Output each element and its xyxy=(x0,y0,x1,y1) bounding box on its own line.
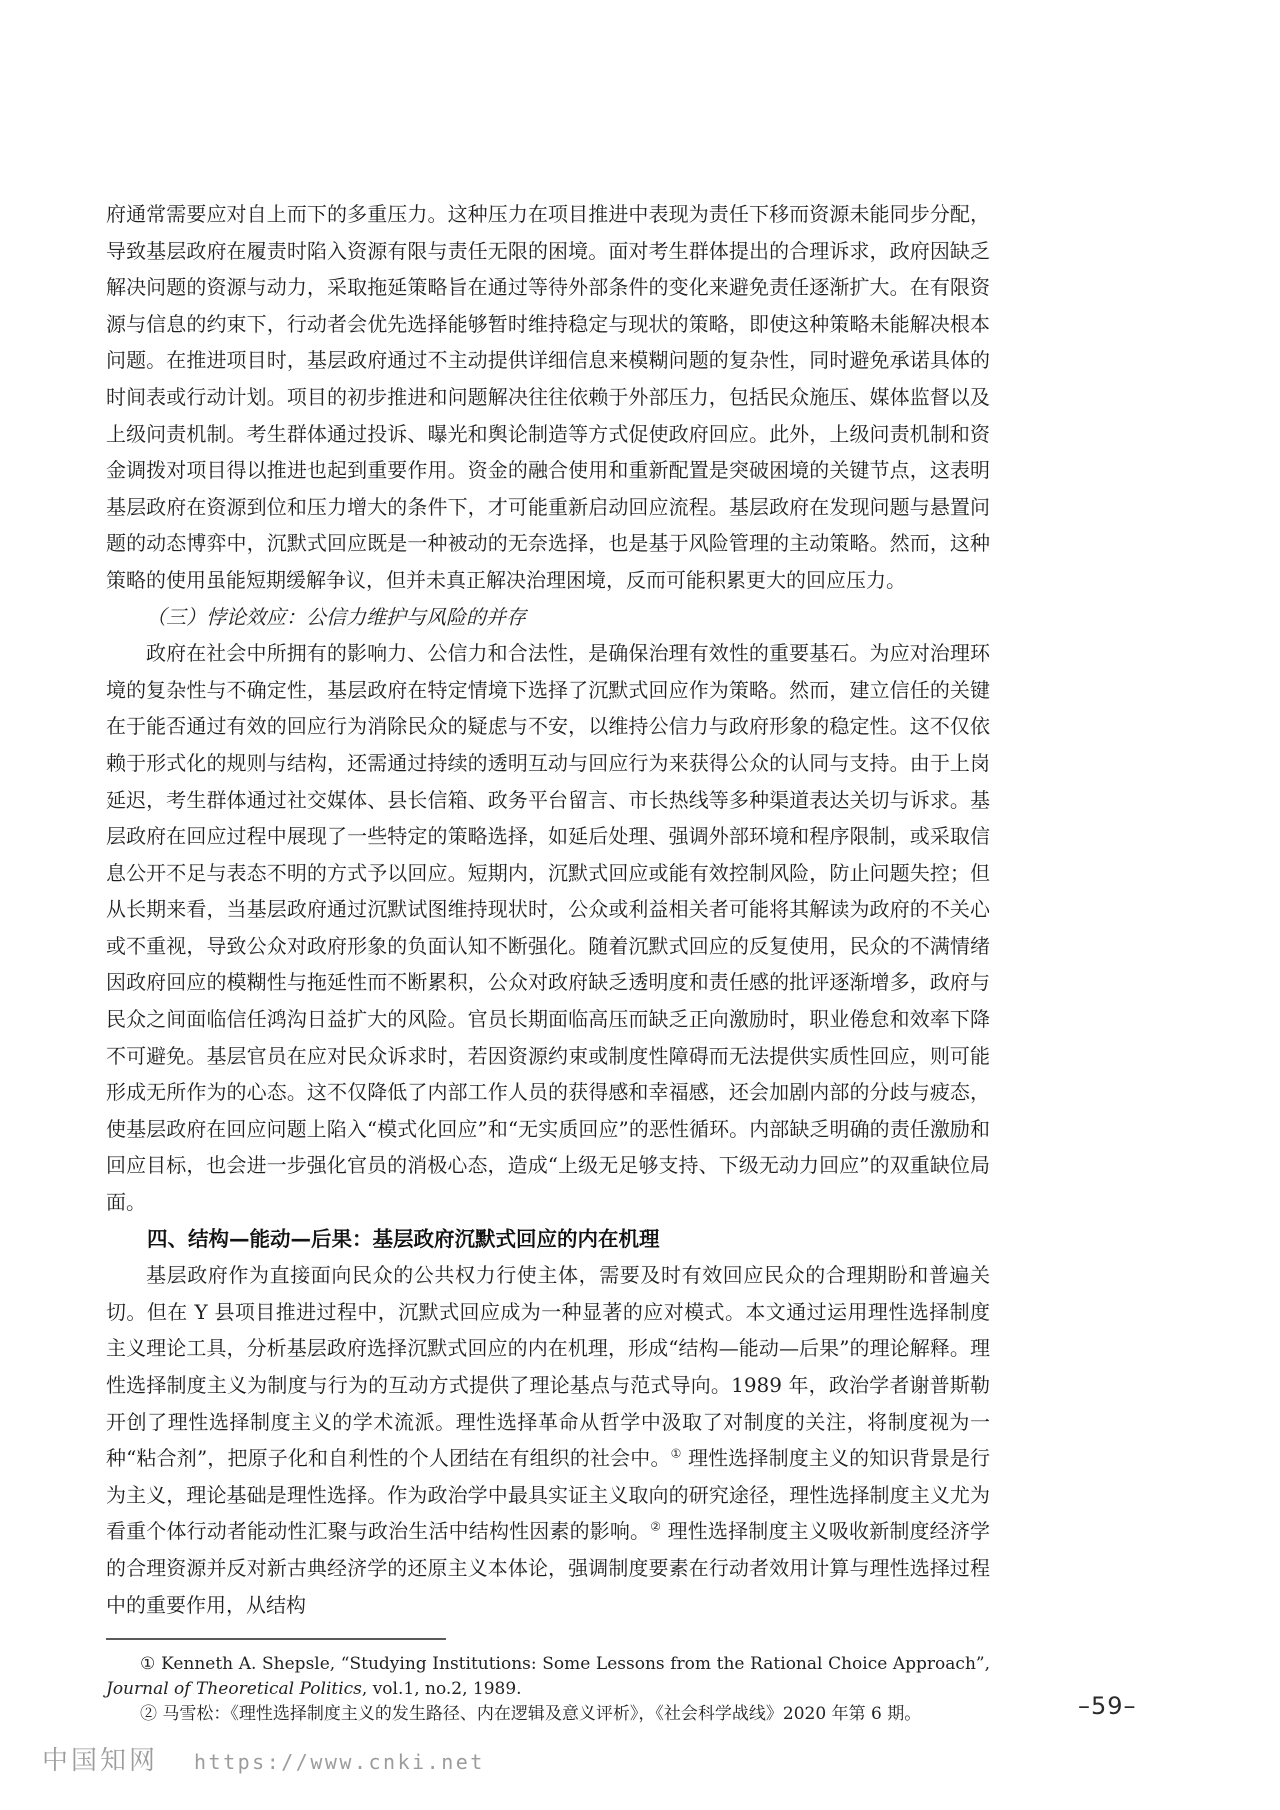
journal-title-italic: Journal of Theoretical Politics xyxy=(106,1679,362,1699)
paragraph-paradox: 政府在社会中所拥有的影响力、公信力和合法性，是确保治理有效性的重要基石。为应对治… xyxy=(106,635,990,1221)
text-run: 基层政府作为直接面向民众的公共权力行使主体，需要及时有效回应民众的合理期盼和普遍… xyxy=(106,1263,990,1470)
cnki-watermark: 中国知网 https://www.cnki.net xyxy=(42,1740,485,1777)
footnotes-block: ① Kenneth A. Shepsle, “Studying Institut… xyxy=(106,1652,990,1727)
paragraph-mechanism: 基层政府作为直接面向民众的公共权力行使主体，需要及时有效回应民众的合理期盼和普遍… xyxy=(106,1257,990,1623)
footnote-separator-rule xyxy=(106,1638,446,1640)
cnki-site-name: 中国知网 xyxy=(42,1740,158,1777)
subsection-heading-paradox: （三）悖论效应：公信力维护与风险的并存 xyxy=(106,599,990,636)
text-run: ② 马雪松：《理性选择制度主义的发生路径、内在逻辑及意义评析》，《社会科学战线》… xyxy=(140,1704,921,1724)
text-run: , vol.1, no.2, 1989. xyxy=(362,1679,522,1699)
footnote-2: ② 马雪松：《理性选择制度主义的发生路径、内在逻辑及意义评析》，《社会科学战线》… xyxy=(106,1702,990,1727)
footnote-ref-marker: ① xyxy=(671,1447,682,1461)
article-body: 府通常需要应对自上而下的多重压力。这种压力在项目推进中表现为责任下移而资源未能同… xyxy=(106,196,990,1727)
document-page: 府通常需要应对自上而下的多重压力。这种压力在项目推进中表现为责任下移而资源未能同… xyxy=(0,0,1280,1810)
footnote-1: ① Kenneth A. Shepsle, “Studying Institut… xyxy=(106,1652,990,1702)
section-heading-mechanism: 四、结构—能动—后果：基层政府沉默式回应的内在机理 xyxy=(106,1221,990,1258)
paragraph-continued: 府通常需要应对自上而下的多重压力。这种压力在项目推进中表现为责任下移而资源未能同… xyxy=(106,196,990,599)
cnki-url-text: https://www.cnki.net xyxy=(194,1750,485,1774)
page-number: –59– xyxy=(1078,1692,1137,1720)
text-run: ① Kenneth A. Shepsle, “Studying Institut… xyxy=(140,1654,990,1674)
footnote-ref-marker: ② xyxy=(650,1520,661,1534)
